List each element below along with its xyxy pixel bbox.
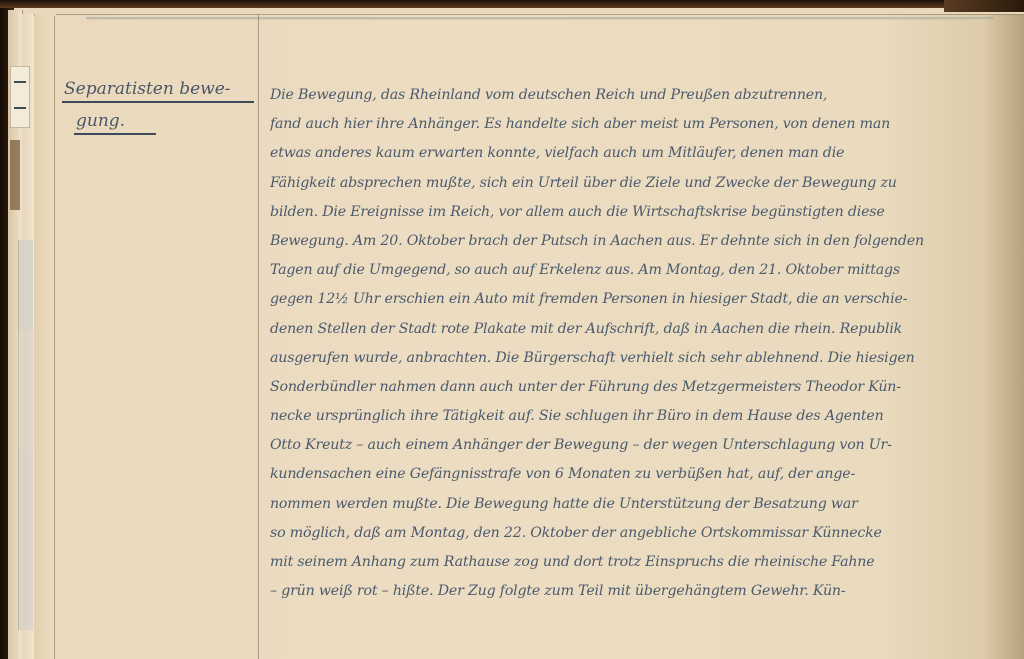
text-line: denen Stellen der Stadt rote Plakate mit… [270, 315, 1004, 344]
text-line: Tagen auf die Umgegend, so auch auf Erke… [270, 256, 1004, 285]
torn-paper-strip [18, 240, 33, 330]
text-line: etwas anderes kaum erwarten konnte, viel… [270, 139, 1004, 168]
text-line: nommen werden mußte. Die Bewegung hatte … [270, 490, 1004, 519]
tab-mark-2 [14, 107, 26, 109]
text-line: kundensachen eine Gefängnisstrafe von 6 … [270, 460, 1004, 489]
text-line: necke ursprünglich ihre Tätigkeit auf. S… [270, 402, 1004, 431]
background-dark-top [0, 0, 1024, 8]
binding-shadow [10, 140, 20, 210]
background-dark-top-right [944, 0, 1024, 12]
page-curl-shadow [984, 15, 1024, 659]
text-line: Sonderbündler nahmen dann auch unter der… [270, 373, 1004, 402]
text-line: Fähigkeit absprechen mußte, sich ein Urt… [270, 169, 1004, 198]
text-line: Bewegung. Am 20. Oktober brach der Putsc… [270, 227, 1004, 256]
text-line: ausgerufen wurde, anbrachten. Die Bürger… [270, 344, 1004, 373]
text-line: Otto Kreutz – auch einem Anhänger der Be… [270, 431, 1004, 460]
scanned-document-page: Separatisten bewe- gung. Die Bewegung, d… [0, 0, 1024, 659]
text-line: – grün weiß rot – hißte. Der Zug folgte … [270, 577, 1004, 606]
margin-heading-line-2: gung. [62, 105, 254, 137]
heading-underline [74, 133, 156, 135]
text-line: Die Bewegung, das Rheinland vom deutsche… [270, 81, 1004, 110]
heading-underline [62, 101, 254, 103]
margin-heading-line-1: Separatisten bewe- [62, 73, 254, 105]
text-line: fand auch hier ihre Anhänger. Es handelt… [270, 110, 1004, 139]
text-line: so möglich, daß am Montag, den 22. Oktob… [270, 519, 1004, 548]
ledger-page: Separatisten bewe- gung. Die Bewegung, d… [56, 14, 1024, 659]
torn-paper-strip [18, 330, 33, 450]
margin-heading: Separatisten bewe- gung. [62, 73, 254, 137]
page-edge [34, 16, 55, 659]
handwritten-body-text: Die Bewegung, das Rheinland vom deutsche… [270, 81, 1004, 606]
text-line: gegen 12½ Uhr erschien ein Auto mit frem… [270, 285, 1004, 314]
tab-mark-1 [14, 81, 26, 83]
margin-rule-line [258, 15, 259, 659]
torn-paper-strip [18, 450, 33, 630]
index-tab [10, 66, 30, 128]
page-top-edge [86, 17, 994, 20]
text-line: mit seinem Anhang zum Rathause zog und d… [270, 548, 1004, 577]
text-line: bilden. Die Ereignisse im Reich, vor all… [270, 198, 1004, 227]
